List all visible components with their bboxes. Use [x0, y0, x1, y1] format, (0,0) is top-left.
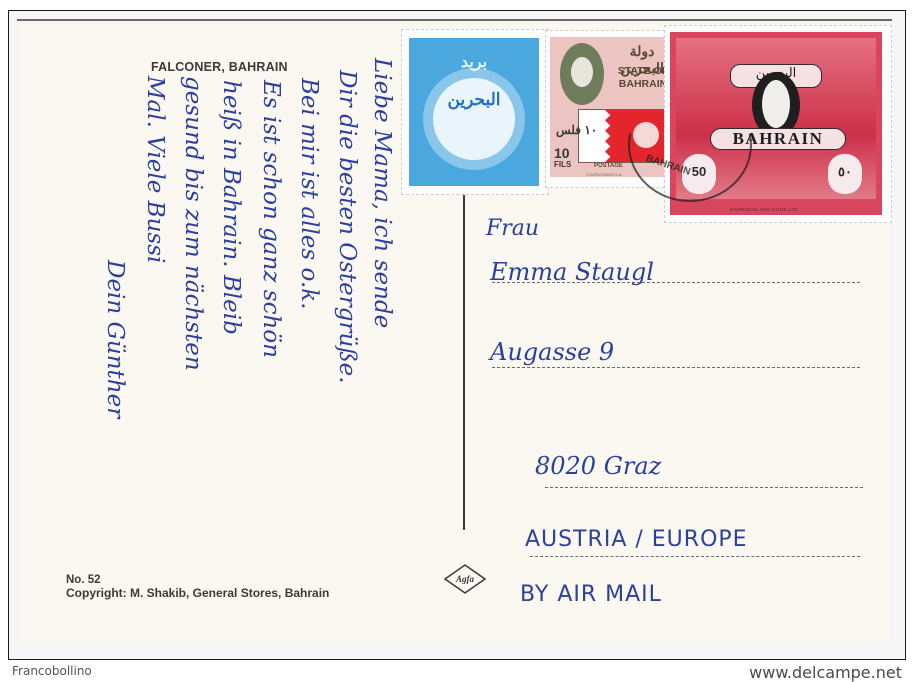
- message-line: Dein Günther: [102, 260, 128, 418]
- message-line: Bei mir ist alles o.k.: [296, 78, 322, 310]
- postcard-caption: FALCONER, BAHRAIN: [151, 60, 288, 74]
- svg-text:Agfa: Agfa: [455, 574, 475, 584]
- address-city: 8020 Graz: [535, 452, 661, 480]
- stamp-value-arabic: ٥٠: [828, 154, 862, 194]
- message-line: Dir die besten Ostergrüße.: [334, 70, 360, 384]
- message-line: Liebe Mama, ich sende: [369, 58, 395, 328]
- address-line: [530, 556, 860, 557]
- stamp-printer: COURVOISIER S.A.: [586, 172, 623, 177]
- airmail-note: BY AIR MAIL: [520, 582, 662, 607]
- address-line: [492, 282, 860, 283]
- address-street: Augasse 9: [490, 338, 614, 366]
- message-line: Mal. Viele Bussi: [142, 76, 168, 263]
- address-line: [492, 367, 860, 368]
- seller-name[interactable]: Francobollino: [12, 664, 92, 678]
- stamp-portrait: [560, 43, 604, 105]
- message-line: Es ist schon ganz schön: [258, 80, 284, 358]
- stamp-printer: HARRISON AND SONS LTD: [730, 207, 798, 212]
- stamp-arabic-text: ﺍﻟﺒﺤﺮﻳﻦ: [434, 90, 514, 110]
- stamp-value: 10FILS: [554, 147, 571, 171]
- card-number: No. 52: [66, 574, 101, 586]
- stamp-blue-label: ﺑﺮﻳﺪ ﺍﻟﺒﺤﺮﻳﻦ: [409, 38, 539, 186]
- stamp-postage-label: POSTAGE: [594, 163, 623, 169]
- agfa-logo-icon: Agfa: [443, 563, 487, 595]
- address-line: [545, 487, 863, 488]
- stamp-value-arabic: ١٠ فلس: [556, 123, 597, 137]
- message-line: heiß in Bahrain. Bleib: [218, 80, 244, 335]
- copyright-line: Copyright: M. Shakib, General Stores, Ba…: [66, 586, 329, 600]
- site-watermark[interactable]: www.delcampe.net: [749, 663, 902, 682]
- address-salutation: Frau: [486, 216, 539, 241]
- address-divider-line: [463, 190, 465, 530]
- address-country: AUSTRIA / EUROPE: [525, 527, 748, 552]
- message-line: gesund bis zum nächsten: [180, 76, 206, 371]
- stamp-key-glyph: ﺑﺮﻳﺪ: [429, 52, 519, 72]
